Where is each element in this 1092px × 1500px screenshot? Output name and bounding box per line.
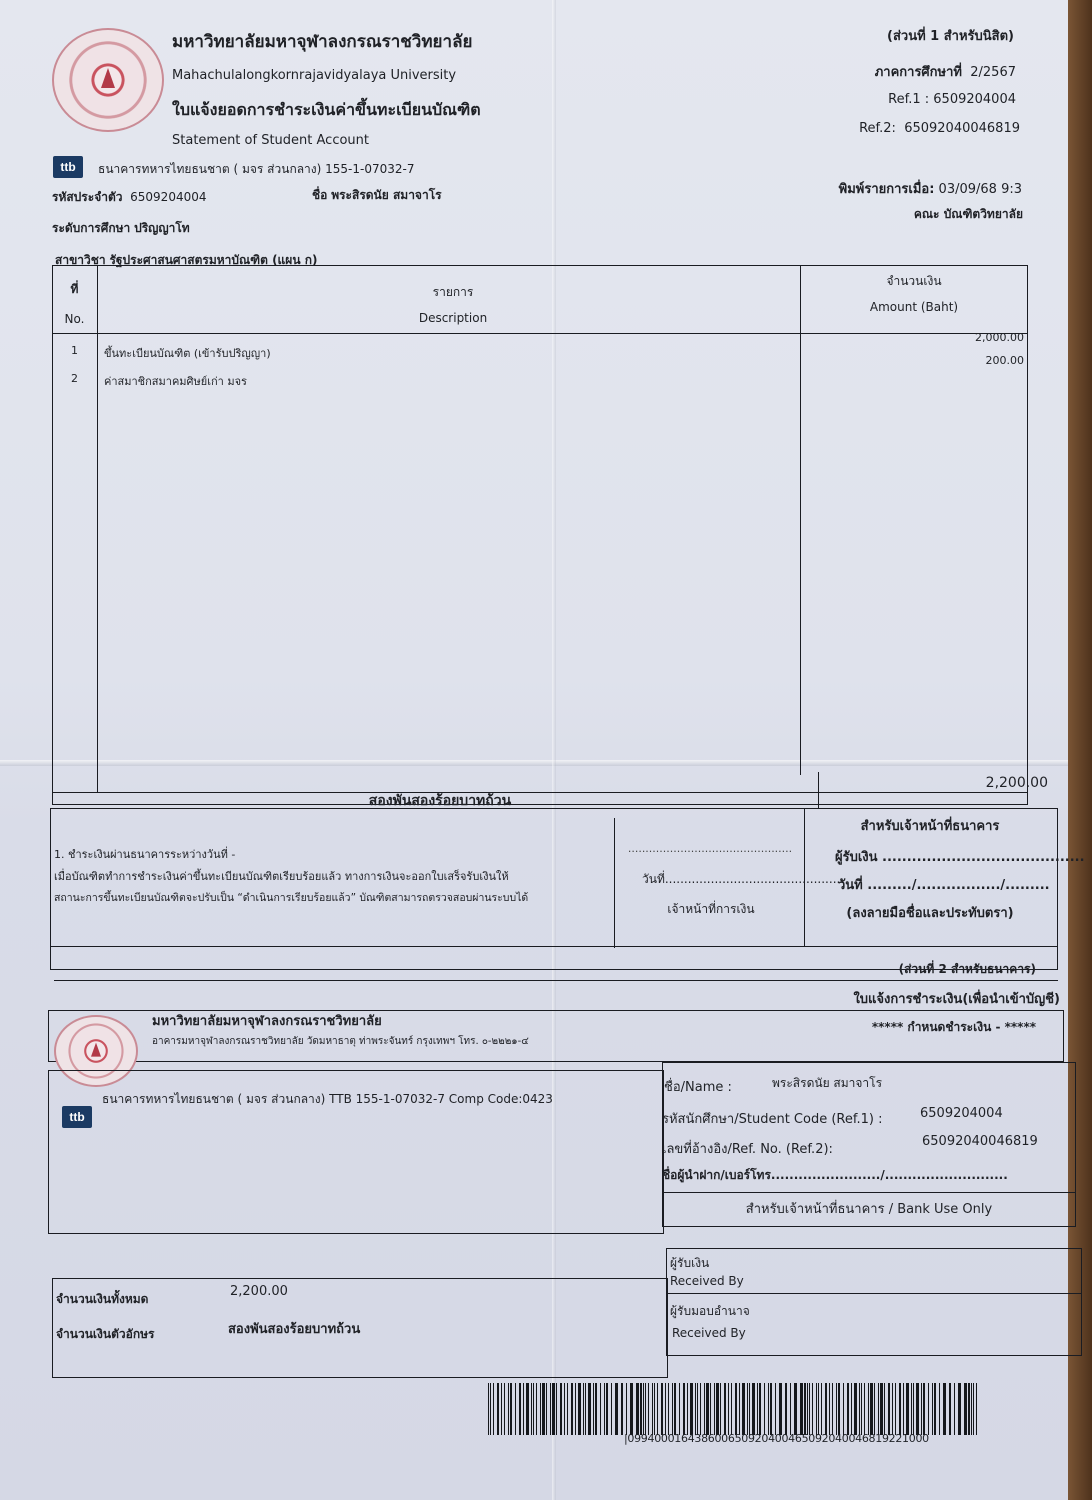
payment-barcode [488,1383,1073,1435]
name-value: พระสิรดนัย สมาจาโร [331,188,441,202]
col-desc-en: Description [98,311,808,325]
col-no-th: ที่ [52,280,97,299]
slip-student-code-value: 6509204004 [920,1106,1003,1121]
faculty-label: คณะ [914,207,940,221]
ref1-value: 6509204004 [933,92,1016,107]
row-amount: 200.00 [824,354,1024,367]
authorized-en: Received By [672,1326,746,1340]
student-name-row: ชื่อ พระสิรดนัย สมาจาโร [312,186,442,205]
note-line-3: สถานะการขึ้นทะเบียนบัณฑิตจะปรับเป็น “ดำเ… [54,889,528,906]
notes-divider [50,946,1058,947]
ref1-row: Ref.1 : 6509204004 [716,92,1016,107]
bank-use-only-label: สำหรับเจ้าหน้าที่ธนาคาร / Bank Use Only [662,1198,1076,1219]
slip-university-name: มหาวิทยาลัยมหาจุฬาลงกรณราชวิทยาลัย [152,1010,382,1031]
authorized-th: ผู้รับมอบอำนาจ [670,1302,750,1321]
student-id-label: รหัสประจำตัว [52,190,123,204]
table-col-divider [97,265,98,793]
received-by-th: ผู้รับเงิน [670,1254,709,1273]
printed-at-row: พิมพ์รายการเมื่อ: 03/09/68 9:3 [702,178,1022,199]
university-seal-icon [52,28,164,132]
payment-statement-paper: มหาวิทยาลัยมหาจุฬาลงกรณราชวิทยาลัย Mahac… [0,0,1068,1500]
printed-label: พิมพ์รายการเมื่อ: [839,182,935,197]
name-label: ชื่อ [312,188,327,202]
semester-row: ภาคการศึกษาที่ 2/2567 [716,61,1016,82]
education-level-row: ระดับการศึกษา ปริญญาโท [52,219,190,238]
document-title-th: ใบแจ้งยอดการชำระเงินค่าขึ้นทะเบียนบัณฑิต [172,98,481,123]
ref2-row: Ref.2: 65092040046819 [700,121,1020,136]
payment-slip-title: ใบแจ้งการชำระเงิน(เพื่อนำเข้าบัญชี) [660,988,1060,1009]
finance-sign-line: ........................................… [620,842,800,855]
ttb-bank-logo-icon: ttb [62,1106,92,1128]
ref1-label: Ref.1 : [888,92,929,107]
university-name-en: Mahachulalongkornrajavidyalaya Universit… [172,68,456,83]
slip-ref-no-value: 65092040046819 [922,1134,1038,1149]
slip-name-label: ชื่อ/Name : [664,1076,732,1097]
finance-date: วันที่..................................… [642,870,844,889]
col-amount-en: Amount (Baht) [800,300,1028,314]
bank-account-line: ธนาคารทหารไทยธนชาต ( มจร ส่วนกลาง) 155-1… [98,160,415,179]
barcode-number: |099400016438600650920400465092040046819… [624,1432,929,1445]
part2-label: (ส่วนที่ 2 สำหรับธนาคาร) [736,960,1036,979]
total-amount: 2,200.00 [820,775,1048,791]
slip-total-words-label: จำนวนเงินตัวอักษร [56,1325,154,1344]
ttb-bank-logo-icon: ttb [53,156,83,178]
received-divider [666,1293,1082,1294]
slip-total-value: 2,200.00 [230,1284,288,1299]
note-line-1: 1. ชำระเงินผ่านธนาคารระหว่างวันที่ - [54,845,235,863]
finance-officer-label: เจ้าหน้าที่การเงิน [618,900,804,919]
level-value: ปริญญาโท [134,221,190,235]
row-no: 1 [52,344,97,357]
semester-label: ภาคการศึกษาที่ [875,65,962,80]
faculty-row: คณะ บัณฑิตวิทยาลัย [723,205,1023,224]
ref2-value: 65092040046819 [904,121,1020,136]
col-no-en: No. [52,312,97,326]
slip-name-value: พระสิรดนัย สมาจาโร [772,1074,882,1093]
col-amount-th: จำนวนเงิน [800,272,1028,291]
slip-total-words-value: สองพันสองร้อยบาทถ้วน [228,1318,360,1339]
slip-address: อาคารมหาจุฬาลงกรณราชวิทยาลัย วัดมหาธาตุ … [152,1034,529,1049]
bank-date-field: วันที่ ........./................./.....… [838,874,1050,895]
row-no: 2 [52,372,97,385]
row-description: ขึ้นทะเบียนบัณฑิต (เข้ารับปริญญา) [104,344,271,362]
slip-student-code-label: รหัสนักศึกษา/Student Code (Ref.1) : [662,1108,882,1129]
payer-divider [662,1192,1076,1193]
col-desc-th: รายการ [98,283,808,302]
printed-value: 03/09/68 9:3 [939,182,1022,197]
bank-receiver-field: ผู้รับเงิน .............................… [835,846,1085,867]
row-description: ค่าสมาชิกสมาคมศิษย์เก่า มจร [104,372,247,390]
table-col-divider [800,265,801,775]
student-id-value: 6509204004 [130,190,206,204]
bank-officer-title: สำหรับเจ้าหน้าที่ธนาคาร [805,815,1055,836]
faculty-value: บัณฑิตวิทยาลัย [944,207,1023,221]
received-by-en: Received By [670,1274,744,1288]
due-date: ***** กำหนดชำระเงิน - ***** [736,1018,1036,1037]
student-id-row: รหัสประจำตัว 6509204004 [52,188,207,207]
depositor-field: ชื่อผู้นำฝาก/เบอร์โทร...................… [662,1166,1008,1185]
bank-sign-note: (ลงลายมือชื่อและประทับตรา) [805,902,1055,923]
part1-label: (ส่วนที่ 1 สำหรับนิสิต) [714,25,1014,46]
semester-value: 2/2567 [970,65,1016,80]
slip-bank-line: ธนาคารทหารไทยธนชาต ( มจร ส่วนกลาง) TTB 1… [102,1090,553,1109]
cut-line [54,980,1058,981]
slip-total-label: จำนวนเงินทั้งหมด [56,1290,148,1309]
row-amount: 2,000.00 [824,331,1024,344]
level-label: ระดับการศึกษา [52,221,130,235]
document-title-en: Statement of Student Account [172,133,369,148]
notes-col-divider [614,818,615,948]
ref2-label: Ref.2: [859,121,896,136]
note-line-2: เมื่อบัณฑิตทำการชำระเงินค่าขึ้นทะเบียนบั… [54,867,509,885]
slip-ref-no-label: เลขที่อ้างอิง/Ref. No. (Ref.2): [662,1138,833,1159]
university-name-th: มหาวิทยาลัยมหาจุฬาลงกรณราชวิทยาลัย [172,28,472,55]
